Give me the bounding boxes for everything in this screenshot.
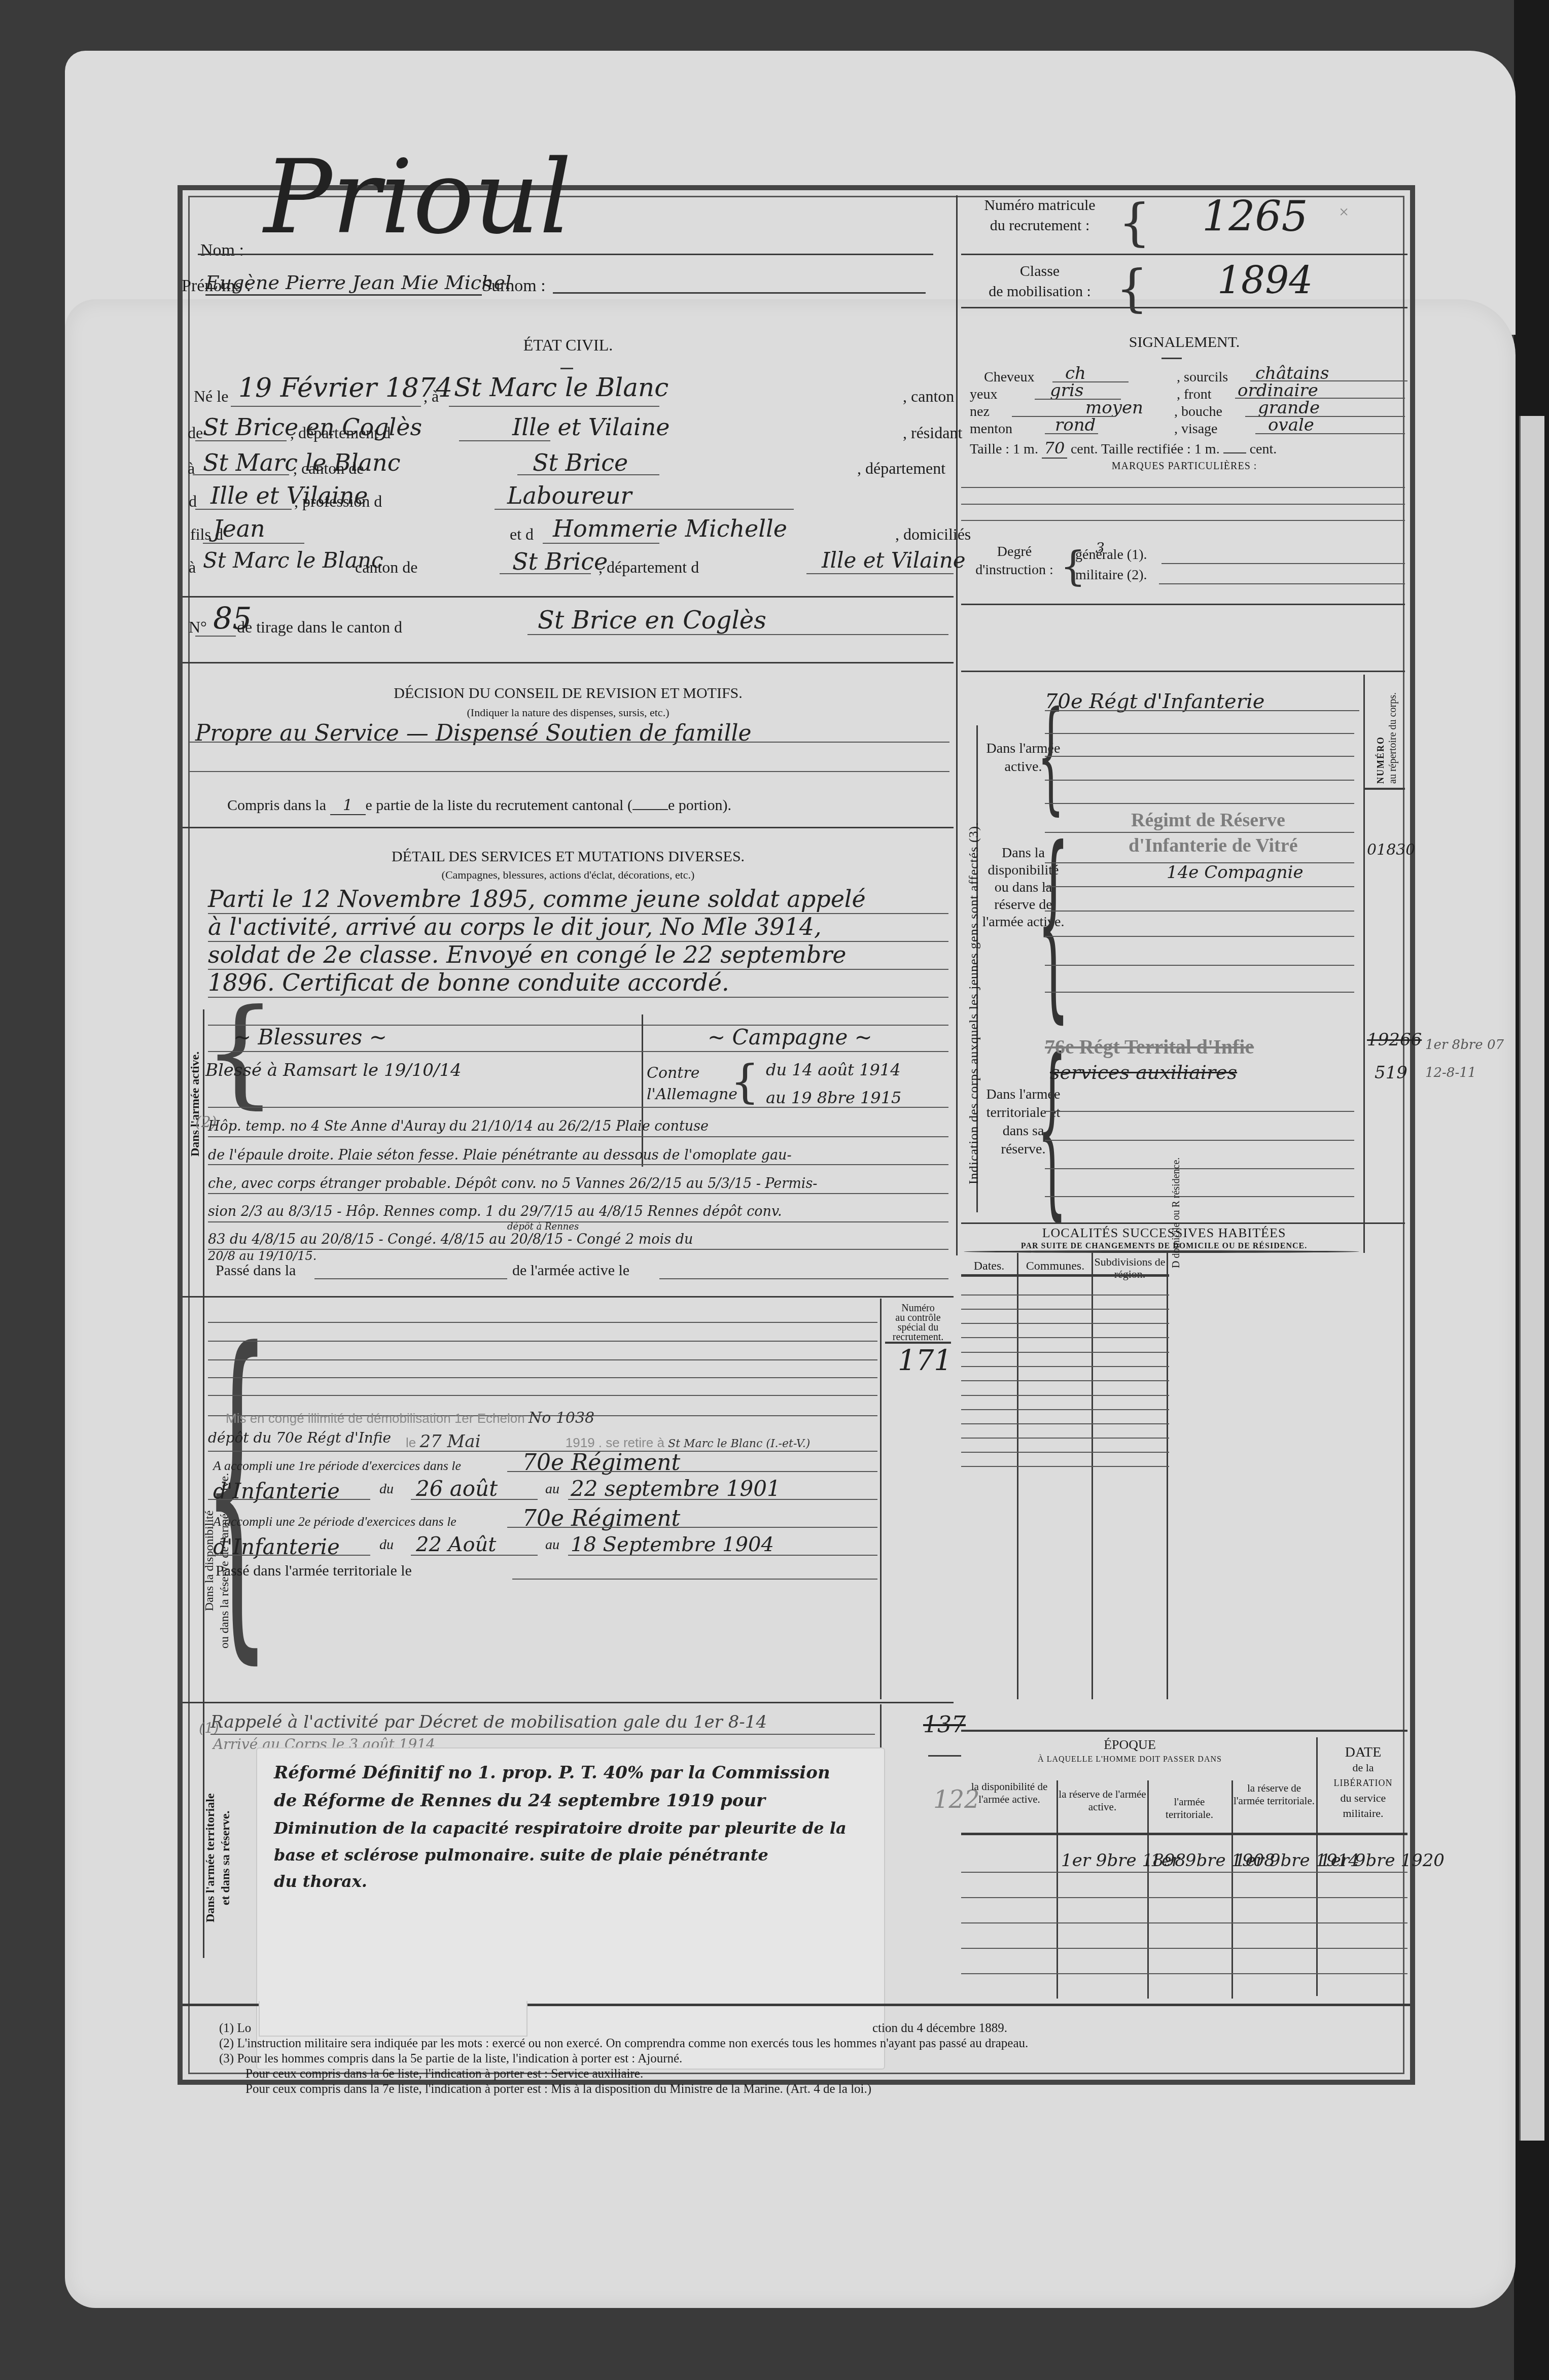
rule: [314, 1278, 507, 1279]
rule: [1045, 1111, 1354, 1112]
rule: [527, 634, 948, 635]
demobilisation-stamp-line1: Mis en congé illimité de démobilisation …: [226, 1409, 594, 1427]
footnote-1-end: ction du 4 décembre 1889.: [872, 2021, 1007, 2036]
controle-struck: 137: [923, 1712, 966, 1738]
localites-row-rule: [961, 1337, 1169, 1338]
localites-divider: [1017, 1253, 1018, 1699]
classe-value: 1894: [1217, 259, 1313, 302]
rule: [659, 1278, 948, 1279]
rule: [203, 543, 304, 544]
signalement-title: SIGNALEMENT.: [959, 334, 1410, 351]
section-rule: [961, 1222, 1405, 1224]
margin-note: 1er 8bre 07: [1425, 1037, 1504, 1053]
footnote-3c: Pour ceux compris dans la 7e liste, l'in…: [245, 2082, 871, 2096]
rule: [1045, 992, 1354, 993]
bouche-label: , bouche: [1174, 404, 1222, 420]
rule: [193, 474, 289, 475]
rule: [411, 1499, 538, 1500]
epoque-header-rule: [961, 1833, 1407, 1835]
section-rule: [183, 662, 954, 663]
rule: [1045, 710, 1359, 711]
conseil-title: DÉCISION DU CONSEIL DE REVISION ET MOTIF…: [183, 685, 954, 702]
taille-cent2-label: cent.: [1250, 441, 1277, 457]
controle-rule: [885, 1342, 951, 1344]
rule: [568, 1555, 877, 1556]
rule: [1045, 886, 1354, 887]
rule: [208, 1359, 877, 1360]
side-label-active: Dans l'armée active.: [189, 1052, 202, 1157]
footnote-2: (2) L'instruction militaire sera indiqué…: [219, 2037, 1028, 2051]
localites-title: LOCALITÉS SUCCESSIVES HABITÉES: [961, 1226, 1367, 1241]
instruction-label-line1: Degré: [974, 543, 1055, 561]
canton2-label: , canton de: [293, 459, 364, 478]
numero-divider: [1363, 675, 1365, 1253]
hospital-line: sion 2/3 au 8/3/15 - Hôp. Rennes comp. 1…: [208, 1204, 782, 1219]
section-rule: [183, 1702, 954, 1703]
matricule-label-line2: du recrutement :: [964, 216, 1116, 236]
tirage-no-label: N°: [189, 618, 207, 637]
rule: [507, 1471, 877, 1472]
demobilisation-stamp-line2: le 27 Mai 1919 . se retire à St Marc le …: [406, 1431, 810, 1452]
rule: [500, 573, 591, 574]
stamp-text: Mis en congé illimité de démobilisation …: [226, 1411, 529, 1426]
rule: [961, 1922, 1407, 1923]
rule: [208, 1499, 370, 1500]
title-rule: [1161, 358, 1182, 359]
hospital-superscript: dépôt à Rennes: [507, 1221, 579, 1232]
epoque-subtitle: À LAQUELLE L'HOMME DOIT PASSER DANS: [961, 1755, 1298, 1764]
paragraph-line: 1896. Certificat de bonne conduite accor…: [208, 969, 729, 996]
etat-civil-title: ÉTAT CIVIL.: [183, 336, 954, 355]
localites-col-communes: Communes.: [1018, 1259, 1092, 1273]
rule: [231, 406, 421, 407]
menton-label: menton: [970, 421, 1012, 437]
localites-row-rule: [961, 1309, 1169, 1310]
visage-label: , visage: [1174, 421, 1218, 437]
instruction-militaire-label: militaire (2).: [1075, 567, 1147, 583]
periode1-label: A accompli une 1re période d'exercices d…: [213, 1458, 461, 1474]
blessure-value: Blessé à Ramsart le 19/10/14: [205, 1060, 462, 1080]
residant-label: , résidant: [903, 424, 962, 442]
tirage-label: de tirage dans le canton d: [237, 618, 402, 637]
compris-label-2: e partie de la liste du recrutement cant…: [366, 797, 632, 814]
rule: [495, 509, 794, 510]
side-label-line1: Dans l'armée territoriale: [203, 1793, 218, 1922]
rule: [1045, 911, 1354, 912]
profession-value: Laboureur: [507, 482, 632, 509]
rule: [195, 509, 292, 510]
localites-row-rule: [961, 1395, 1169, 1396]
liberation-header-line: LIBÉRATION: [1319, 1775, 1407, 1791]
liberation-header-line: de la: [1319, 1760, 1407, 1775]
rule: [210, 1734, 875, 1735]
rule: [1045, 1196, 1354, 1197]
rule: [961, 487, 1405, 488]
passe-label: Passé dans la: [216, 1262, 296, 1279]
liberation-value: 1er 9bre 1920: [1320, 1850, 1445, 1871]
departement-label: , département d: [290, 424, 391, 442]
hospital-line: de l'épaule droite. Plaie séton fesse. P…: [208, 1147, 792, 1163]
localites-divider: [1092, 1253, 1093, 1699]
taille-label: Taille : 1 m.: [970, 441, 1038, 457]
canton-label: , canton: [903, 387, 954, 406]
rule: [195, 440, 287, 441]
taille-cent-label: cent. Taille rectifiée : 1 m.: [1071, 441, 1220, 457]
instruction-label: Degré d'instruction :: [974, 543, 1055, 579]
campagne-contre: Contre l'Allemagne: [647, 1063, 728, 1105]
compris-line: Compris dans la 1e partie de la liste du…: [227, 796, 731, 815]
stamp-handwritten-date: 27 Mai: [419, 1431, 480, 1452]
rule: [928, 1755, 961, 1757]
rule: [1045, 965, 1354, 966]
paragraph-line: soldat de 2e classe. Envoyé en congé le …: [208, 941, 847, 968]
brace-icon: {: [203, 994, 277, 1111]
controle-divider: [880, 1299, 882, 1699]
reforme-line: du thorax.: [274, 1872, 367, 1891]
blessures-campagne-divider: [642, 1014, 643, 1167]
stamp-handwritten-number: No 1038: [529, 1409, 594, 1427]
rule: [961, 504, 1405, 505]
classe-label-line2: de mobilisation :: [964, 282, 1116, 302]
rule: [1045, 1168, 1354, 1169]
prenoms-value: Eugène Pierre Jean Mie Michel: [205, 271, 511, 294]
campagne-header: ~ Campagne ~: [708, 1025, 872, 1049]
matricule-label: Numéro matricule du recrutement :: [964, 195, 1116, 236]
matricule-mark: ×: [1339, 203, 1349, 222]
section-rule: [183, 827, 954, 828]
paragraph-line: Parti le 12 Novembre 1895, comme jeune s…: [208, 885, 866, 913]
de-label: de: [188, 424, 203, 442]
localites-row-rule: [961, 1466, 1169, 1467]
front-label: , front: [1177, 387, 1211, 403]
controle-header: Numéro au contrôle spécial du recrutemen…: [883, 1304, 954, 1342]
compris-portion: [632, 809, 668, 810]
rule: [208, 1051, 948, 1052]
title-rule: [560, 368, 573, 369]
corps-reserve-numero: 01830: [1367, 841, 1415, 859]
corps-territoriale-entry-1: 76e Régt Territal d'Infie: [1045, 1035, 1254, 1059]
periode2-au-label: au: [545, 1537, 559, 1553]
corps-side-label: Indication des corps auxquels les jeunes…: [966, 822, 981, 1184]
hospital-line: 83 du 4/8/15 au 20/8/15 - Congé. 4/8/15 …: [208, 1232, 693, 1247]
footnote-text: Lo: [237, 2021, 251, 2035]
et-de-label: et d: [510, 525, 534, 544]
canton3-value: St Brice: [512, 548, 608, 575]
liberation-header-line: militaire.: [1319, 1806, 1407, 1821]
mere-value: Hommerie Michelle: [553, 515, 787, 542]
corps-reserve-entry-2: d'Infanterie de Vitré: [1129, 834, 1298, 857]
footnote-1: (1) Lo: [219, 2021, 251, 2036]
rule: [517, 474, 659, 475]
rule: [961, 1897, 1407, 1898]
localites-row-rule: [961, 1409, 1169, 1410]
nom-line: [198, 254, 933, 255]
rule: [1255, 433, 1405, 434]
reforme-line: Réformé Définitif no 1. prop. P. T. 40% …: [274, 1763, 830, 1783]
stamp-text: 76e Régt Territal d'Infie: [1045, 1035, 1254, 1058]
corps-territoriale-numero: 519: [1375, 1063, 1407, 1083]
localites-row-rule: [961, 1452, 1169, 1453]
pere-value: Jean: [213, 515, 265, 542]
brace-icon: {: [730, 1055, 759, 1108]
profession-label: , profession d: [294, 492, 382, 511]
rule: [208, 1555, 370, 1556]
periode2-du-label: du: [379, 1537, 394, 1553]
rule: [189, 771, 949, 772]
localites-row-rule: [961, 1380, 1169, 1381]
corps-territoriale-entry-2: services auxiliaires: [1050, 1061, 1237, 1083]
rule: [208, 913, 948, 914]
brace-icon: {: [1118, 193, 1151, 252]
nez-label: nez: [970, 404, 990, 420]
rule: [568, 1499, 877, 1500]
passe-label-2: de l'armée active le: [512, 1262, 629, 1279]
rule: [208, 997, 948, 998]
nom-value: Prioul: [264, 147, 572, 249]
epoque-col-header: la réserve de l'armée territoriale.: [1233, 1782, 1315, 1807]
side-label-territoriale: Dans l'armée territoriale et dans sa rés…: [203, 1793, 233, 1922]
rule: [459, 440, 550, 441]
localites-subtitle: PAR SUITE DE CHANGEMENTS DE DOMICILE OU …: [961, 1242, 1367, 1251]
rule: [961, 1973, 1407, 1974]
taille-value: 70: [1042, 438, 1067, 459]
rule: [195, 636, 236, 637]
liberation-header-line: DATE: [1319, 1745, 1407, 1760]
instruction-generale-label: générale (1).: [1075, 547, 1147, 563]
footnote-marker: (1): [219, 2021, 234, 2035]
periode1-au: 22 septembre 1901: [571, 1476, 781, 1501]
localites-row-rule: [961, 1352, 1169, 1353]
departement3-label: , département d: [599, 558, 699, 577]
footnote-3: (3) Pour les hommes compris dans la 5e p…: [219, 2052, 682, 2066]
marques-title: MARQUES PARTICULIÈRES :: [959, 461, 1410, 472]
classe-line: [961, 307, 1407, 308]
hospital-line: Hôp. temp. no 4 Ste Anne d'Auray du 21/1…: [208, 1118, 709, 1134]
reforme-line: de Réforme de Rennes du 24 septembre 191…: [274, 1791, 765, 1811]
periode1-du: 26 août: [416, 1476, 498, 1501]
localites-col-dr: D domicile ou R résidence.: [1171, 1158, 1182, 1268]
rule: [961, 1872, 1407, 1873]
matricule-label-line1: Numéro matricule: [964, 195, 1116, 216]
cheveux-label: Cheveux: [984, 369, 1035, 386]
domicilies-label: , domiciliés: [895, 525, 971, 544]
section-rule: [961, 671, 1405, 672]
liberation-header-line: du service: [1319, 1791, 1407, 1806]
localites-row-rule: [961, 1438, 1169, 1439]
canton2-value: St Brice: [533, 449, 628, 476]
rule: [208, 1249, 948, 1250]
section-rule: [961, 1730, 1407, 1732]
matricule-line: [961, 254, 1407, 255]
hospital-line: che, avec corps étranger probable. Dépôt…: [208, 1176, 817, 1192]
numero-header-2: au répertoire du corps.: [1387, 692, 1399, 784]
rule: [1045, 433, 1098, 434]
sourcils-label: , sourcils: [1177, 369, 1228, 386]
stamp-text: le: [406, 1435, 416, 1450]
footnote-text: Pour les hommes compris dans la 5e parti…: [237, 2052, 682, 2066]
periode2-label: A accompli une 2e période d'exercices da…: [213, 1514, 456, 1529]
conseil-subtitle: (Indiquer la nature des dispenses, sursi…: [183, 706, 954, 719]
a-label: , à: [424, 387, 439, 406]
territoriale-label: Passé dans l'armée territoriale le: [216, 1562, 412, 1580]
rule: [208, 1193, 948, 1194]
compris-label: Compris dans la: [227, 797, 326, 814]
rule: [208, 1341, 877, 1342]
footnote-marker: (3): [219, 2052, 234, 2066]
rule: [208, 1395, 877, 1396]
rule: [1245, 416, 1405, 417]
rule: [208, 1322, 877, 1323]
a-label: à: [189, 558, 196, 577]
rule: [1035, 399, 1121, 400]
services-subtitle: (Campagnes, blessures, actions d'éclat, …: [183, 868, 954, 882]
periode2-du: 22 Août: [416, 1533, 496, 1556]
rule: [208, 1221, 948, 1222]
rule: [1159, 583, 1405, 584]
departement-value: Ille et Vilaine: [512, 413, 670, 441]
taille-row: Taille : 1 m. 70 cent. Taille rectifiée …: [970, 438, 1277, 459]
footnote-3b: Pour ceux compris dans la 6e liste, l'in…: [245, 2067, 643, 2081]
brace-icon: {: [1116, 259, 1148, 318]
localites-divider: [1167, 1253, 1168, 1699]
classe-label: Classe de mobilisation :: [964, 261, 1116, 302]
paragraph-line: à l'activité, arrivé au corps le dit jou…: [208, 913, 822, 940]
campagne-au: au 19 8bre 1915: [766, 1088, 901, 1107]
rule: [208, 941, 948, 942]
footnote-text: L'instruction militaire sera indiquée pa…: [237, 2037, 1028, 2050]
rule: [1161, 563, 1405, 564]
rule: [961, 1948, 1407, 1949]
tirage-canton: St Brice en Coglès: [538, 606, 766, 635]
rule: [189, 742, 949, 743]
taille-rectifiee-value: [1223, 452, 1246, 453]
brace-icon: {: [1037, 822, 1070, 1025]
rule: [449, 406, 659, 407]
hospital-line: 20/8 au 19/10/15.: [208, 1249, 316, 1263]
epoque-col-header: la disponibilité de l'armée active.: [964, 1780, 1055, 1806]
matricule-value: 1265: [1202, 193, 1308, 241]
rule: [507, 1527, 877, 1528]
epoque-title: ÉPOQUE: [961, 1737, 1298, 1753]
rule: [1045, 756, 1354, 757]
reforme-line: base et sclérose pulmonaire. suite de pl…: [274, 1845, 768, 1865]
side-label-line2: et dans sa réserve.: [218, 1793, 233, 1922]
rule: [1045, 780, 1354, 781]
rule: [543, 543, 659, 544]
rule: [806, 573, 954, 574]
adjacent-page-edge: [1514, 0, 1549, 2380]
lieu-naissance: St Marc le Blanc: [454, 373, 668, 402]
nom-label: Nom :: [200, 241, 244, 260]
rule: [1052, 381, 1129, 382]
yeux-label: yeux: [970, 387, 997, 403]
rule: [1045, 936, 1354, 937]
epoque-col-header: l'armée territoriale.: [1149, 1796, 1230, 1821]
rule: [1045, 832, 1354, 833]
prenoms-line: [205, 294, 482, 296]
periode1-au-label: au: [545, 1481, 559, 1497]
rule: [1045, 733, 1354, 734]
controle-header-line: recrutement.: [883, 1333, 954, 1342]
departement2-label: , département: [857, 459, 945, 478]
instruction-label-line2: d'instruction :: [974, 561, 1055, 579]
rule: [1250, 380, 1407, 381]
periode2-au: 18 Septembre 1904: [571, 1533, 774, 1556]
d-label: d: [189, 492, 197, 511]
epoque-col-header: la réserve de l'armée active.: [1058, 1788, 1147, 1813]
corps-territoriale-numero-struck: 19266: [1367, 1030, 1422, 1050]
blessures-header: ~ Blessures ~: [233, 1025, 387, 1049]
section-rule: [961, 604, 1405, 605]
visage-value: ovale: [1268, 415, 1314, 435]
rule: [208, 969, 948, 970]
liberation-header: DATE de la LIBÉRATION du service militai…: [1319, 1745, 1407, 1821]
column-divider: [956, 195, 958, 1255]
rule: [411, 1555, 538, 1556]
localites-header-rule: [961, 1274, 1169, 1277]
stamp-handwritten-place: St Marc le Blanc (I.-et-V.): [668, 1438, 810, 1450]
rule: [1045, 1140, 1354, 1141]
compris-partie: 1: [330, 796, 366, 815]
date-naissance: 19 Février 1874: [238, 373, 452, 403]
rule: [208, 1136, 948, 1137]
stamp-text: Régimt de Réserve: [1131, 810, 1285, 831]
compris-label-3: e portion).: [668, 797, 731, 814]
footnote-marker: (2): [219, 2037, 234, 2050]
corps-reserve-entry-1: Régimt de Réserve: [1131, 809, 1285, 831]
reforme-line: Diminution de la capacité respiratoire d…: [274, 1818, 847, 1838]
classe-label-line1: Classe: [964, 261, 1116, 282]
canton3-label: canton de: [355, 558, 418, 577]
stamp-text: d'Infanterie de Vitré: [1129, 835, 1298, 856]
instruction-generale-value: 3: [1096, 540, 1105, 556]
controle-value: 171: [898, 1344, 952, 1377]
numero-header: NUMÉRO: [1376, 736, 1386, 784]
localites-row-rule: [961, 1294, 1169, 1296]
localites-col-dates: Dates.: [961, 1259, 1017, 1273]
margin-note: 12-8-11: [1425, 1065, 1476, 1080]
rule: [1045, 803, 1354, 804]
depot-handwritten: dépôt du 70e Régt d'Infie: [208, 1429, 391, 1446]
rule: [961, 520, 1405, 521]
stamp-text: 1919 . se retire à: [566, 1435, 664, 1450]
corps-reserve-entry-3: 14e Compagnie: [1167, 862, 1304, 883]
departement3-value: Ille et Vilaine: [822, 548, 966, 573]
services-title: DÉTAIL DES SERVICES ET MUTATIONS DIVERSE…: [183, 848, 954, 865]
campagne-du: du 14 août 1914: [766, 1060, 901, 1079]
rule: [1235, 398, 1405, 399]
rule: [208, 1164, 948, 1165]
localites-row-rule: [961, 1323, 1169, 1324]
surnom-label: Surnom :: [482, 276, 546, 296]
section-rule: [183, 596, 954, 598]
rule: [208, 1107, 948, 1108]
rappel-line: Rappelé à l'activité par Décret de mobil…: [210, 1712, 767, 1732]
rule: [512, 1579, 877, 1580]
rule: [208, 1377, 877, 1378]
yeux-value: gris: [1050, 380, 1083, 401]
reforme-slip-overlap: [259, 2001, 527, 2037]
localites-row-rule: [961, 1423, 1169, 1424]
adjacent-page-paper: [1519, 416, 1544, 2141]
section-rule: [183, 1296, 954, 1298]
numero-rule: [1364, 788, 1405, 790]
localites-row-rule: [961, 1366, 1169, 1367]
epoque-divider: [1231, 1780, 1233, 1999]
periode1-du-label: du: [379, 1481, 394, 1497]
rule: [1012, 416, 1116, 417]
menton-value: rond: [1055, 415, 1096, 435]
